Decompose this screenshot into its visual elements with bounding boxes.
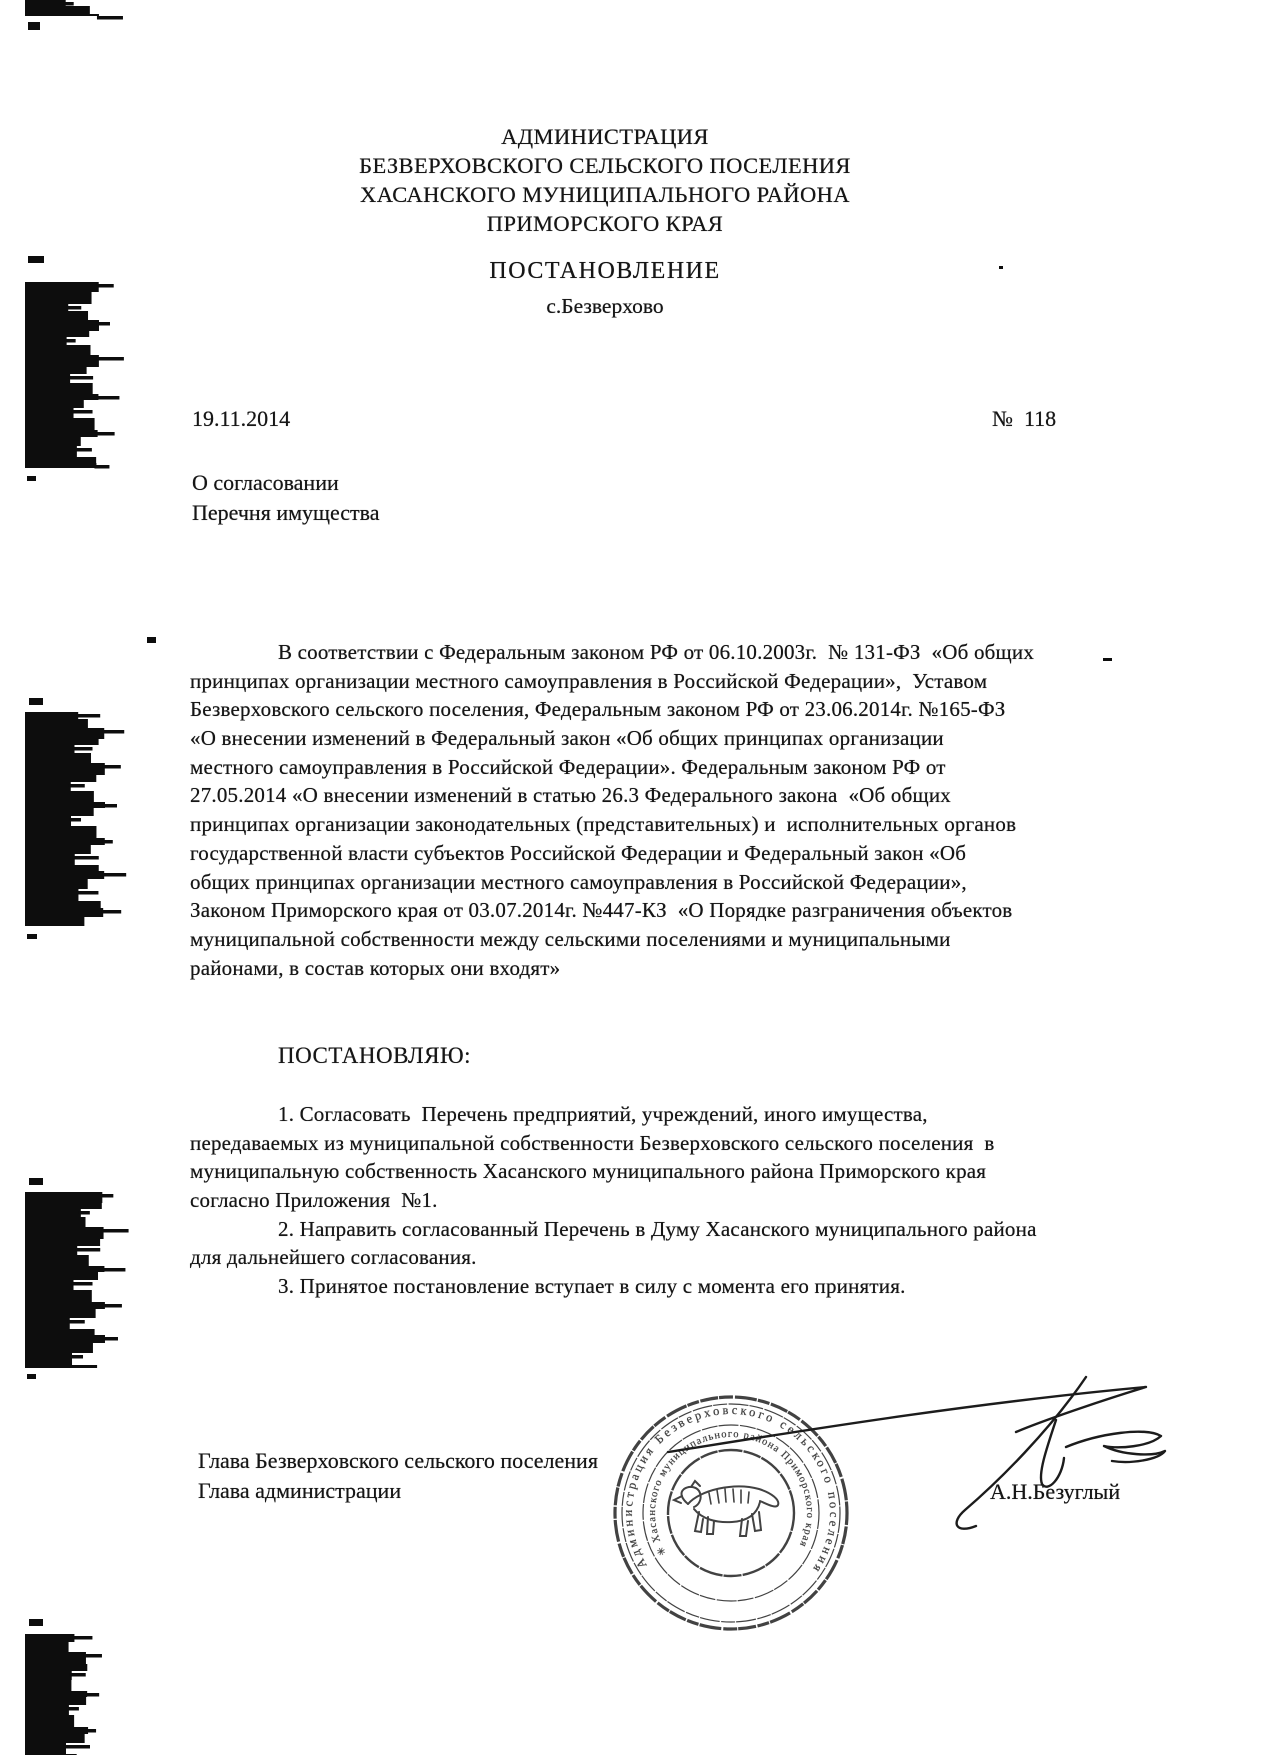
preamble-line: «О внесении изменений в Федеральный зако… [190, 724, 1110, 753]
settlement-name: с.Безверхово [0, 294, 1210, 319]
signer-position-line: Глава Безверховского сельского поселения [198, 1446, 598, 1476]
subject-block: О согласовании Перечня имущества [192, 468, 380, 527]
preamble-line: муниципальной собственности между сельск… [190, 925, 1110, 954]
stamp-inner-ring [668, 1450, 794, 1576]
official-stamp: Администрация Безверховского сельского п… [596, 1378, 866, 1648]
preamble-line: В соответствии с Федеральным законом РФ … [190, 638, 1110, 667]
scanned-document-page: АДМИНИСТРАЦИЯ БЕЗВЕРХОВСКОГО СЕЛЬСКОГО П… [0, 0, 1275, 1755]
preamble-line: районами, в состав которых они входят» [190, 954, 1110, 983]
resolution-line: 1. Согласовать Перечень предприятий, учр… [190, 1100, 1110, 1129]
resolution-line: 2. Направить согласованный Перечень в Ду… [190, 1215, 1110, 1244]
preamble-line: Безверховского сельского поселения, Феде… [190, 695, 1110, 724]
resolution-line: передаваемых из муниципальной собственно… [190, 1129, 1110, 1158]
signature-titles: Глава Безверховского сельского поселения… [198, 1446, 598, 1506]
org-name-line: АДМИНИСТРАЦИЯ [0, 122, 1210, 151]
subject-line: О согласовании [192, 468, 380, 498]
preamble-line: 27.05.2014 «О внесении изменений в стать… [190, 781, 1110, 810]
svg-text:✳ Хасанского муниципального ра: ✳ Хасанского муниципального района Примо… [615, 1397, 840, 1618]
resolution-line: 3. Принятое постановление вступает в сил… [190, 1272, 1110, 1301]
document-type-title: ПОСТАНОВЛЕНИЕ [0, 258, 1210, 285]
letterhead: АДМИНИСТРАЦИЯ БЕЗВЕРХОВСКОГО СЕЛЬСКОГО П… [0, 122, 1210, 238]
org-name-line: ХАСАНСКОГО МУНИЦИПАЛЬНОГО РАЙОНА [0, 180, 1210, 209]
svg-text:Администрация Безверховского с: Администрация Безверховского сельского п… [596, 1378, 866, 1648]
preamble-line: Законом Приморского края от 03.07.2014г.… [190, 896, 1110, 925]
preamble-line: принципах организации законодательных (п… [190, 810, 1110, 839]
stamp-ring [622, 1404, 840, 1622]
resolution-line: для дальнейшего согласования. [190, 1243, 1110, 1272]
stamp-outer-ring [615, 1397, 847, 1629]
document-number: № 118 [992, 406, 1056, 432]
org-name-line: БЕЗВЕРХОВСКОГО СЕЛЬСКОГО ПОСЕЛЕНИЯ [0, 151, 1210, 180]
preamble-line: местного самоуправления в Российской Фед… [190, 753, 1110, 782]
stamp-outer-text: Администрация Безверховского сельского п… [596, 1378, 866, 1648]
preamble-paragraph: В соответствии с Федеральным законом РФ … [190, 638, 1110, 982]
resolution-line: согласно Приложения №1. [190, 1186, 1110, 1215]
preamble-line: принципах организации местного самоуправ… [190, 667, 1110, 696]
stamp-ring [643, 1425, 819, 1601]
subject-line: Перечня имущества [192, 498, 380, 528]
tiger-emblem-icon [674, 1481, 778, 1536]
resolution-items: 1. Согласовать Перечень предприятий, учр… [190, 1100, 1110, 1301]
org-name-line: ПРИМОРСКОГО КРАЯ [0, 209, 1210, 238]
preamble-line: государственной власти субъектов Российс… [190, 839, 1110, 868]
resolution-heading: ПОСТАНОВЛЯЮ: [278, 1043, 471, 1069]
signer-position-line: Глава администрации [198, 1476, 598, 1506]
stamp-inner-text: ✳ Хасанского муниципального района Примо… [615, 1397, 840, 1618]
preamble-line: общих принципах организации местного сам… [190, 868, 1110, 897]
resolution-line: муниципальную собственность Хасанского м… [190, 1157, 1110, 1186]
document-date: 19.11.2014 [192, 406, 290, 432]
signer-name: А.Н.Безуглый [990, 1477, 1120, 1507]
